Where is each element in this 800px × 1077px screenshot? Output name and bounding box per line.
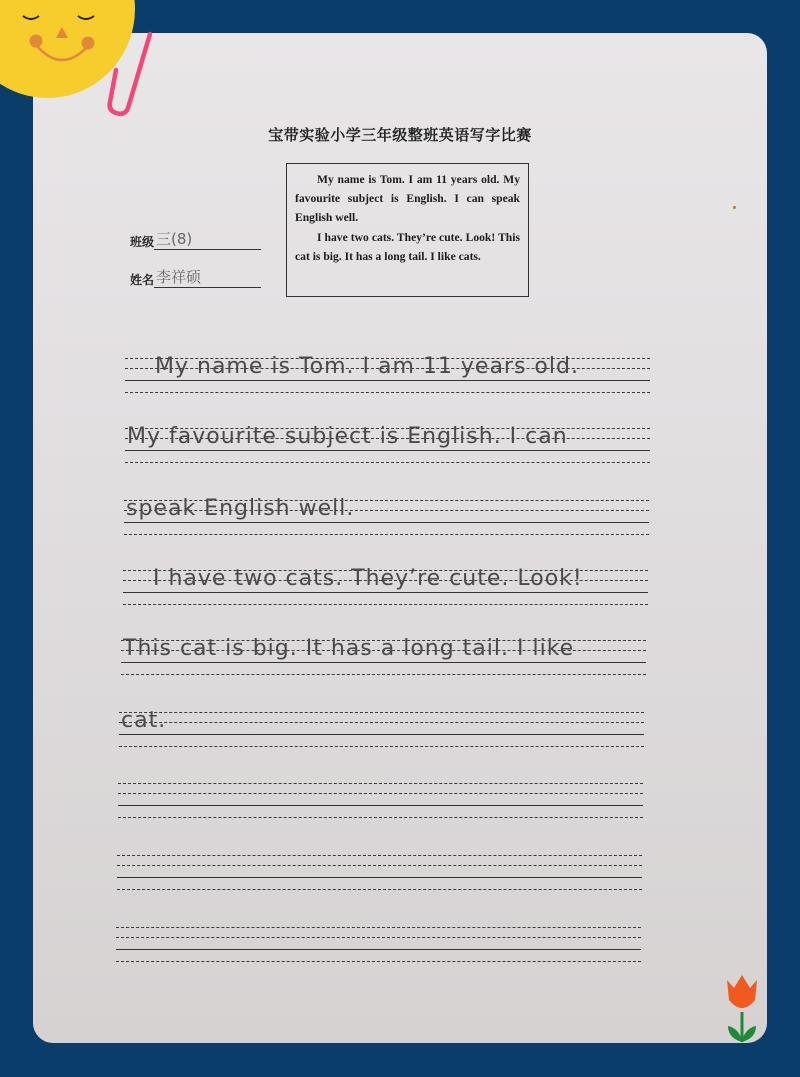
guide-rule [117,865,642,866]
handwriting-practice-area: My name is Tom. I am 11 years old.My fav… [0,0,800,1077]
tulip-icon [722,970,762,1050]
baseline-rule [125,380,650,381]
guide-rule [119,722,644,723]
handwritten-text: speak English well. [126,496,354,521]
handwritten-text: This cat is big. It has a long tail. I l… [123,636,574,661]
writing-row: My favourite subject is English. I can [0,428,800,488]
guide-rule [116,927,641,928]
handwritten-text: My favourite subject is English. I can [127,424,568,449]
writing-row: This cat is big. It has a long tail. I l… [0,640,800,700]
handwritten-text: My name is Tom. I am 11 years old. [155,354,579,379]
guide-rule [123,604,648,605]
paper-clip-icon [98,30,158,125]
baseline-rule [119,734,644,735]
guide-rule [117,855,642,856]
writing-row: I have two cats. They’re cute. Look! [0,570,800,630]
handwritten-text: I have two cats. They’re cute. Look! [153,566,583,591]
guide-rule [119,712,644,713]
guide-rule [118,793,643,794]
writing-row: speak English well. [0,500,800,560]
writing-row [0,927,800,987]
guide-rule [116,937,641,938]
writing-row [0,783,800,843]
guide-rule [116,961,641,962]
guide-rule [125,392,650,393]
writing-row: My name is Tom. I am 11 years old. [0,358,800,418]
guide-rule [118,783,643,784]
baseline-rule [123,592,648,593]
guide-rule [119,746,644,747]
baseline-rule [121,662,646,663]
baseline-rule [116,949,641,950]
handwritten-text: cat. [121,708,166,733]
writing-row [0,855,800,915]
guide-rule [124,534,649,535]
baseline-rule [125,450,650,451]
baseline-rule [117,877,642,878]
baseline-rule [124,522,649,523]
writing-row: cat. [0,712,800,772]
guide-rule [121,674,646,675]
guide-rule [118,817,643,818]
guide-rule [117,889,642,890]
baseline-rule [118,805,643,806]
guide-rule [125,462,650,463]
